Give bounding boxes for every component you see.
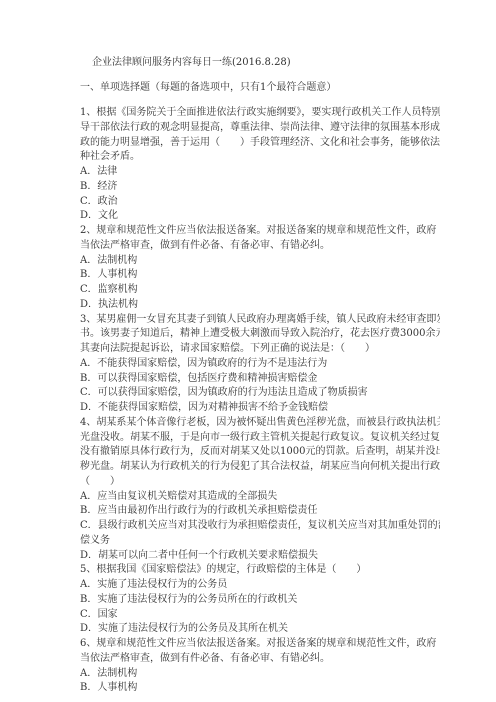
option-a: A．法制机构 xyxy=(80,667,440,682)
question-text-line: 当依法严格审查，做到有件必备、有备必审、有错必纠。 xyxy=(80,652,440,667)
document-page: 企业法律顾问服务内容每日一练(2016.8.28) 一、单项选择题（每题的备选项… xyxy=(0,0,496,702)
question-text-line: 秽光盘。胡某认为行政机关的行为侵犯了其合法权益，胡某应当向何机关提出行政赔偿？ xyxy=(80,460,440,475)
document-title: 企业法律顾问服务内容每日一练(2016.8.28) xyxy=(92,56,291,70)
option-d: D．胡某可以向二者中任何一个行政机关要求赔偿损失 xyxy=(80,549,440,564)
question-text-line: 当依法严格审查，做到有件必备、有备必审、有错必纠。 xyxy=(80,239,440,254)
question-text-line: 书。该男妻子知道后，精神上遭受极大刺激而导致入院治疗，花去医疗费3000余元。事… xyxy=(80,327,440,342)
question-text-line: 其妻向法院提起诉讼，请求国家赔偿。下列正确的说法是：（ ） xyxy=(80,342,440,357)
option-a: A．法制机构 xyxy=(80,254,440,269)
question-text-line: 种社会矛盾。 xyxy=(80,150,440,165)
option-c-continued: 偿义务 xyxy=(80,534,440,549)
question-text-line: 2、规章和规范性文件应当依法报送备案。对报送备案的规章和规范性文件，政府（ ）应 xyxy=(80,224,440,239)
question-text-line: 4、胡某系某个体音像行老板，因为被怀疑出售黄色淫秽光盘，而被县行政执法机关将其全… xyxy=(80,416,440,431)
option-b: B．可以获得国家赔偿，包括医疗费和精神损害赔偿金 xyxy=(80,372,440,387)
option-b: B．经济 xyxy=(80,180,440,195)
option-b: B．人事机构 xyxy=(80,681,440,696)
question-5: 5、根据我国《国家赔偿法》的规定，行政赔偿的主体是（ ） A．实施了违法侵权行为… xyxy=(80,563,440,637)
option-d: D．实施了违法侵权行为的公务员及其所在机关 xyxy=(80,622,440,637)
option-c: C．县级行政机关应当对其没收行为承担赔偿责任，复议机关应当对其加重处罚的部分承担… xyxy=(80,519,440,534)
option-d: D．不能获得国家赔偿，因为对精神损害不给予金钱赔偿 xyxy=(80,401,440,416)
question-text-line: （ ） xyxy=(80,475,440,490)
option-b: B．应当由最初作出行政行为的行政机关承担赔偿责任 xyxy=(80,504,440,519)
question-6: 6、规章和规范性文件应当依法报送备案。对报送备案的规章和规范性文件，政府（ ）应… xyxy=(80,637,440,696)
option-b: B．实施了违法侵权行为的公务员所在的行政机关 xyxy=(80,593,440,608)
option-c: C．可以获得国家赔偿，因为镇政府的行为违法且造成了物质损害 xyxy=(80,386,440,401)
option-b: B．人事机构 xyxy=(80,268,440,283)
question-text-line: 光盘没收。胡某不服，于是向市一级行政主管机关提起行政复议。复议机关经过复议后不仅 xyxy=(80,431,440,446)
option-c: C．监察机构 xyxy=(80,283,440,298)
question-text-line: 1、根据《国务院关于全面推进依法行政实施纲要》，要实现行政机关工作人员特别是各级… xyxy=(80,106,440,121)
question-text-line: 没有撤销原具体行政行为，反而对胡某又处以1000元的罚款。后查明，胡某并没出售黄… xyxy=(80,445,440,460)
question-2: 2、规章和规范性文件应当依法报送备案。对报送备案的规章和规范性文件，政府（ ）应… xyxy=(80,224,440,313)
question-1: 1、根据《国务院关于全面推进依法行政实施纲要》，要实现行政机关工作人员特别是各级… xyxy=(80,106,440,224)
option-d: D．执法机构 xyxy=(80,298,440,313)
option-a: A．应当由复议机关赔偿对其造成的全部损失 xyxy=(80,490,440,505)
questions-body: 1、根据《国务院关于全面推进依法行政实施纲要》，要实现行政机关工作人员特别是各级… xyxy=(80,106,440,696)
option-c: C．国家 xyxy=(80,608,440,623)
question-4: 4、胡某系某个体音像行老板，因为被怀疑出售黄色淫秽光盘，而被县行政执法机关将其全… xyxy=(80,416,440,564)
question-text-line: 政的能力明显增强，善于运用（ ）手段管理经济、文化和社会事务，能够依法妥善处理各 xyxy=(80,136,440,151)
question-3: 3、某男雇佣一女冒充其妻子到镇人民政府办理离婚手续，镇人民政府未经审查即发给离婚… xyxy=(80,313,440,416)
option-a: A．实施了违法侵权行为的公务员 xyxy=(80,578,440,593)
option-c: C．政治 xyxy=(80,195,440,210)
question-text-line: 3、某男雇佣一女冒充其妻子到镇人民政府办理离婚手续，镇人民政府未经审查即发给离婚… xyxy=(80,313,440,328)
question-text-line: 6、规章和规范性文件应当依法报送备案。对报送备案的规章和规范性文件，政府（ ）应 xyxy=(80,637,440,652)
question-text-line: 5、根据我国《国家赔偿法》的规定，行政赔偿的主体是（ ） xyxy=(80,563,440,578)
question-text-line: 导干部依法行政的观念明显提高，尊重法律、崇尚法律、遵守法律的氛围基本形成；依法行 xyxy=(80,121,440,136)
option-a: A．法律 xyxy=(80,165,440,180)
section-heading: 一、单项选择题（每题的备选项中，只有1个最符合题意） xyxy=(80,81,336,95)
option-d: D．文化 xyxy=(80,209,440,224)
option-a: A．不能获得国家赔偿，因为镇政府的行为不是违法行为 xyxy=(80,357,440,372)
